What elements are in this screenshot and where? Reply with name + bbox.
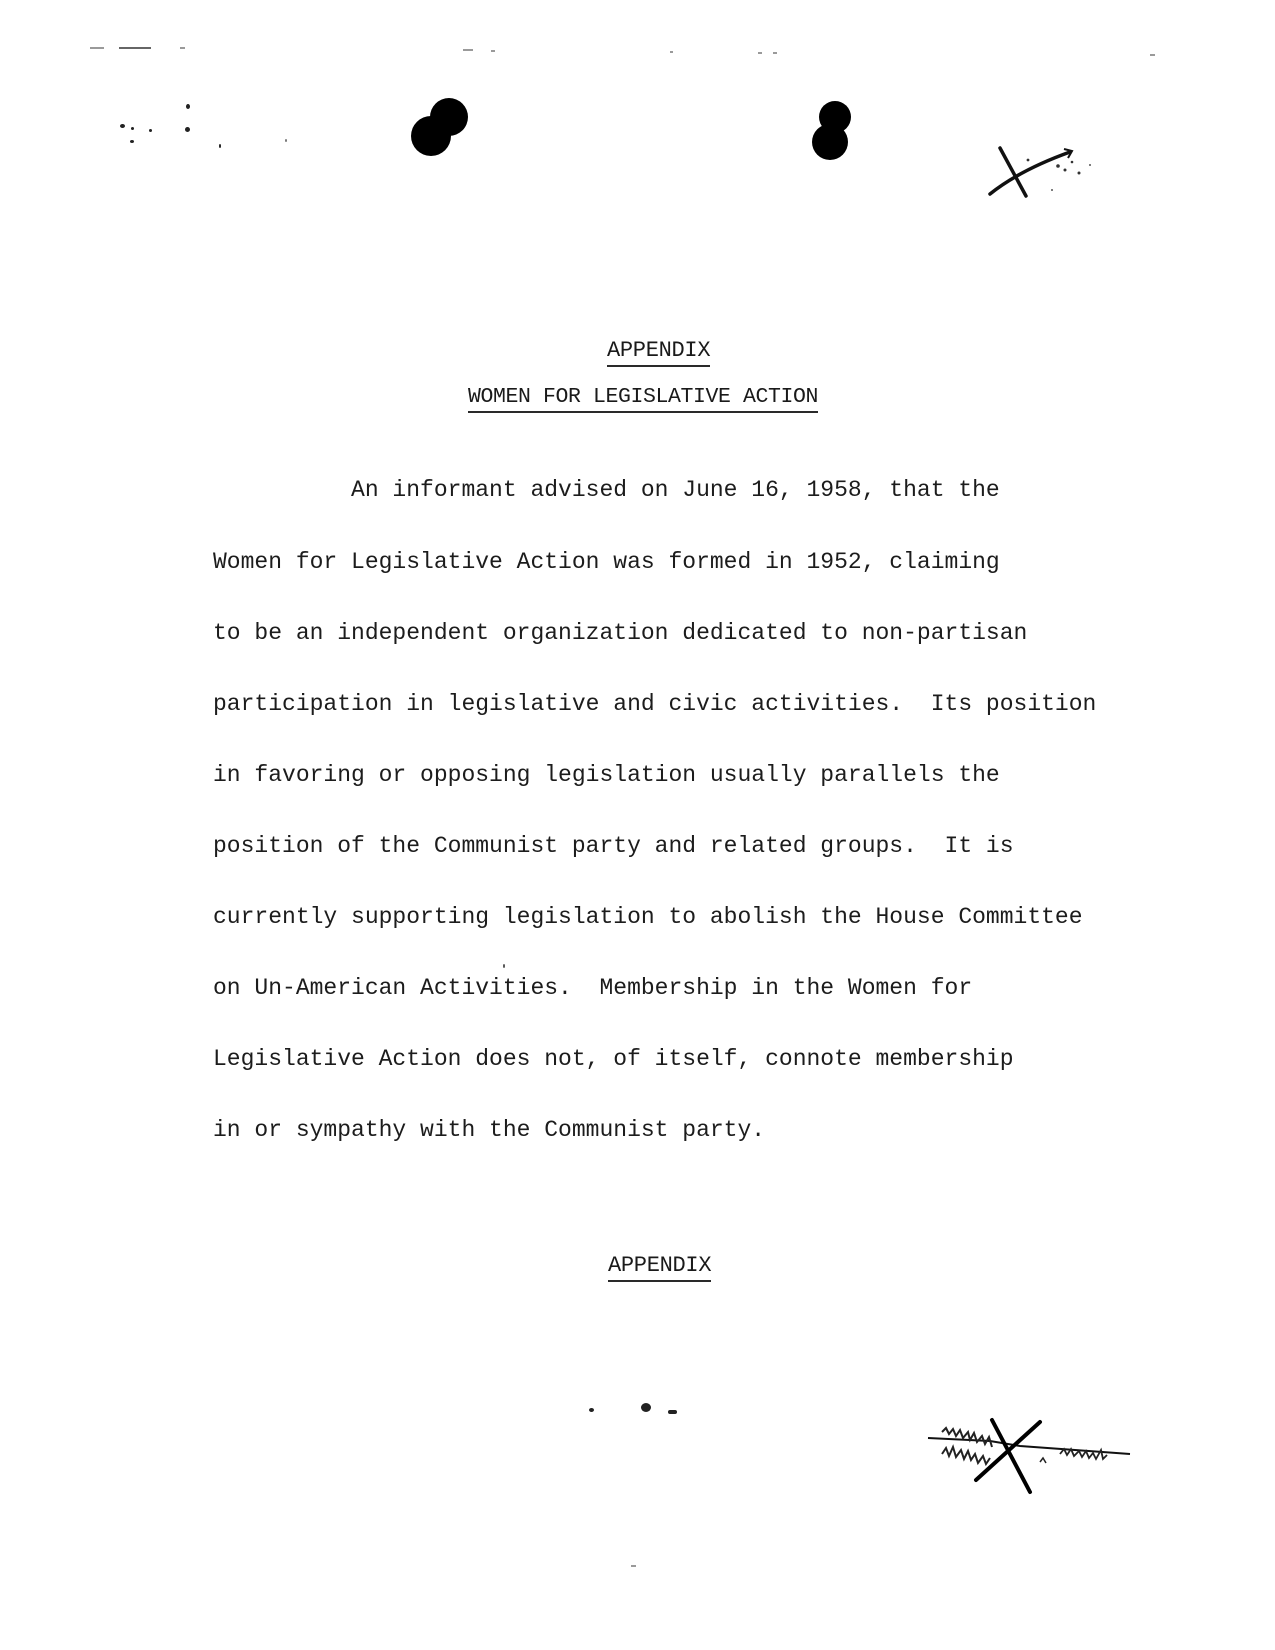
punch-hole-right: [805, 98, 860, 168]
scan-speck: [185, 127, 190, 132]
body-line: currently supporting legislation to abol…: [213, 906, 1096, 930]
scan-speck: [503, 964, 505, 968]
scan-artifact-dash: [463, 49, 473, 51]
body-line: An informant advised on June 16, 1958, t…: [213, 479, 1096, 503]
x-mark-top-right-icon: [980, 140, 1100, 210]
scan-artifact-dash: [491, 50, 495, 52]
body-line: on Un-American Activities. Membership in…: [213, 977, 1096, 1001]
scan-artifact-dash: [773, 52, 777, 54]
scan-speck: [131, 127, 134, 130]
document-page: APPENDIX WOMEN FOR LEGISLATIVE ACTION An…: [0, 0, 1275, 1650]
body-line: in or sympathy with the Communist party.: [213, 1119, 1096, 1143]
scan-speck: [285, 139, 287, 142]
scan-speck: [120, 124, 125, 128]
body-line: Legislative Action does not, of itself, …: [213, 1048, 1096, 1072]
scan-artifact-dash: [758, 52, 762, 54]
scan-artifact-dash: [631, 1565, 636, 1567]
scan-speck: [589, 1408, 594, 1412]
scan-speck: [219, 144, 221, 148]
body-line: participation in legislative and civic a…: [213, 693, 1096, 717]
scan-artifact-dash: [1150, 54, 1155, 56]
punch-hole-left: [405, 93, 475, 163]
scan-speck: [149, 129, 152, 132]
body-line: Women for Legislative Action was formed …: [213, 551, 1096, 575]
scan-speck: [668, 1410, 677, 1414]
scan-speck: [130, 140, 134, 143]
initials-scribble-icon: [920, 1410, 1140, 1500]
document-title: WOMEN FOR LEGISLATIVE ACTION: [468, 386, 818, 413]
scan-artifact-dash: [90, 47, 104, 49]
body-line: in favoring or opposing legislation usua…: [213, 764, 1096, 788]
scan-speck: [641, 1403, 651, 1412]
body-line: to be an independent organization dedica…: [213, 622, 1096, 646]
body-line: position of the Communist party and rela…: [213, 835, 1096, 859]
scan-artifact-dash: [180, 47, 185, 49]
appendix-heading-bottom: APPENDIX: [608, 1255, 711, 1282]
appendix-heading-top: APPENDIX: [607, 340, 710, 367]
scan-artifact-dash: [119, 47, 151, 49]
scan-speck: [186, 104, 190, 109]
scan-artifact-dash: [670, 51, 673, 53]
body-paragraph: An informant advised on June 16, 1958, t…: [213, 432, 1096, 1190]
